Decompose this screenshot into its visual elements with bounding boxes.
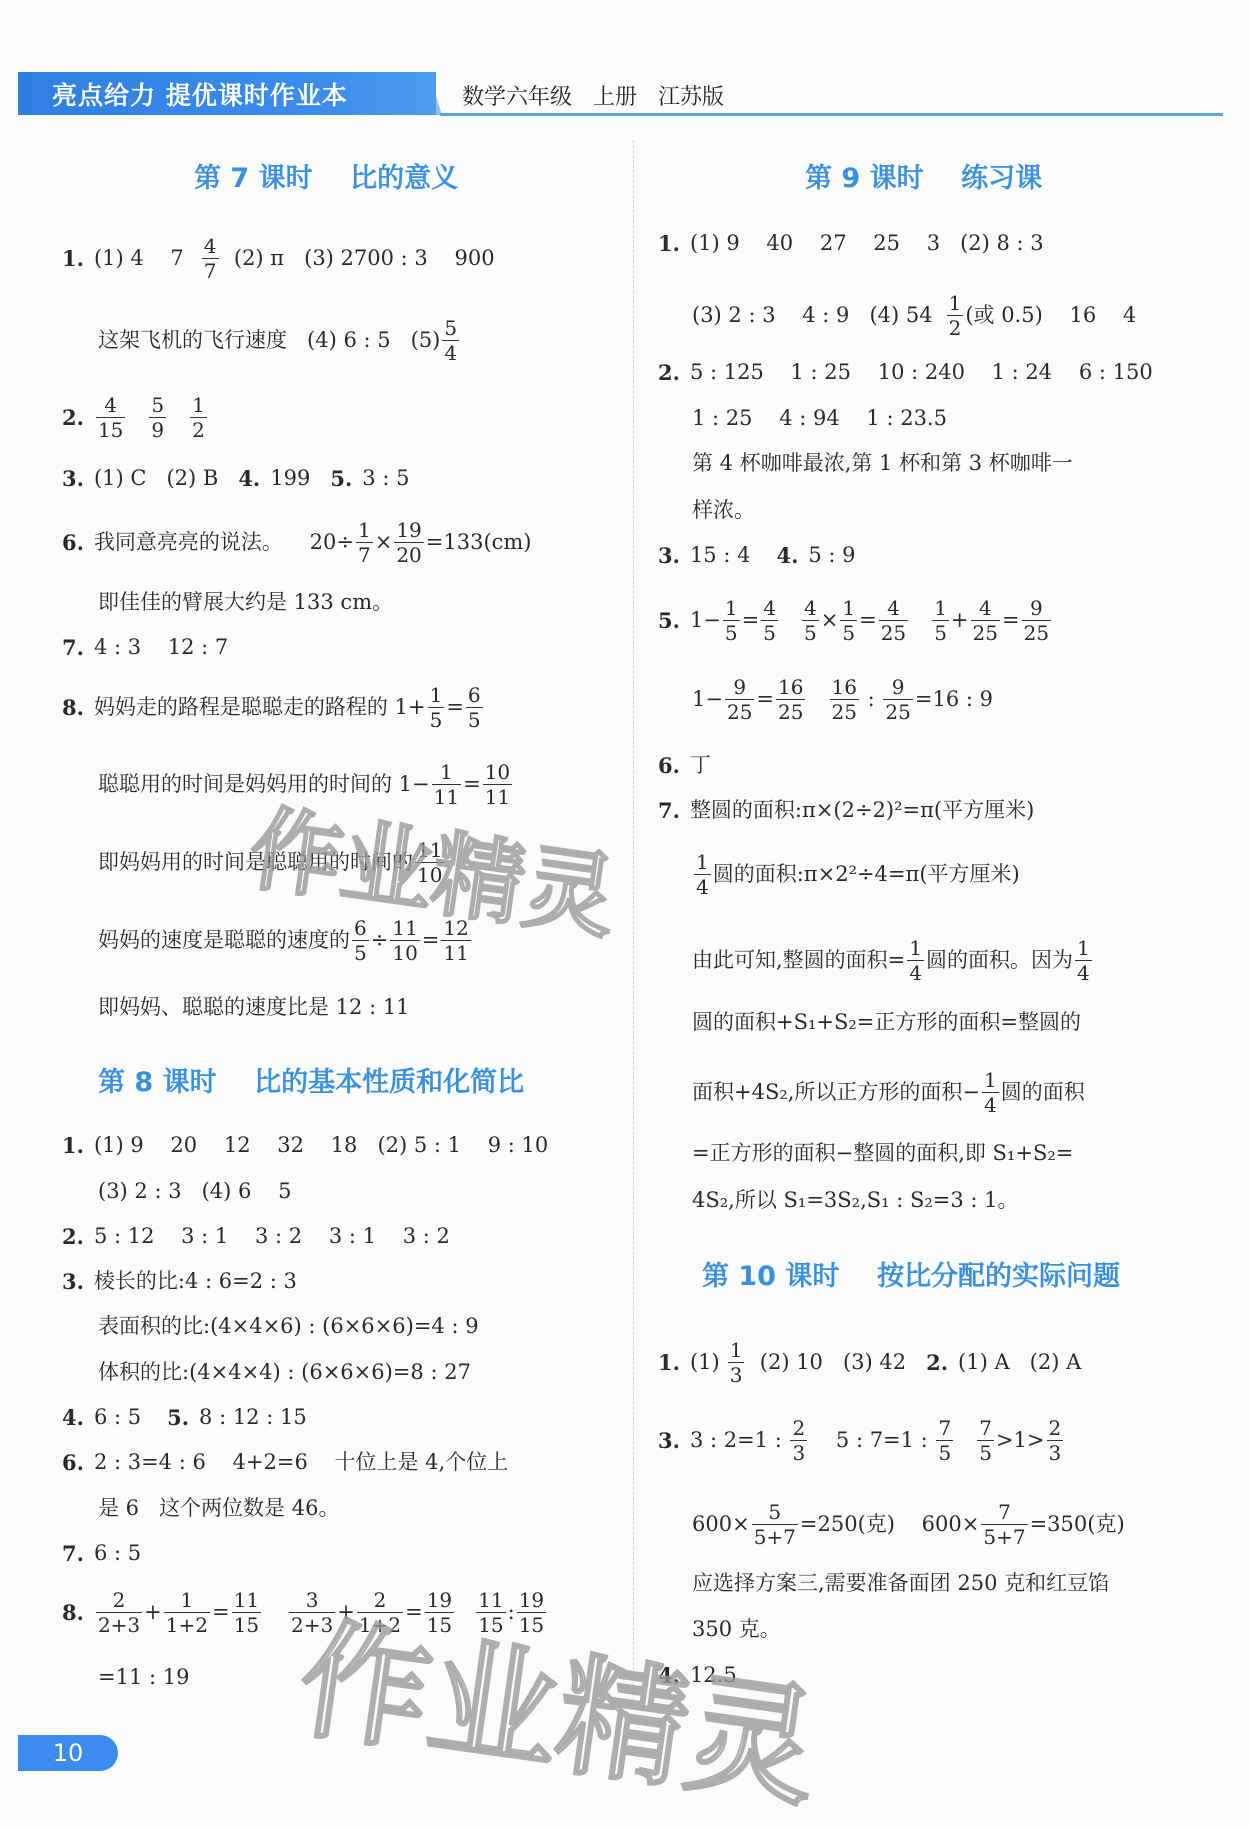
fraction: 13 [728, 1340, 745, 1385]
question-number: 8. [62, 697, 84, 718]
operator: ÷ [371, 930, 389, 951]
operator: = [859, 610, 877, 631]
answer-text: 3 : 5 [362, 468, 409, 489]
book-subtitle: 数学六年级 上册 江苏版 [462, 80, 724, 111]
answer-text: 由此可知,整圆的面积= [692, 950, 905, 971]
l9-q7-line7: 4S₂,所以 S₁=3S₂,S₁ : S₂=3 : 1。 [692, 1190, 1019, 1211]
question-number: 5. [330, 468, 352, 489]
answer-text: =350(克) [1030, 1514, 1125, 1535]
answer-text: 体积的比:(4×4×4) : (6×6×6)=8 : 27 [98, 1362, 471, 1383]
fraction: 47 [202, 236, 219, 281]
answer-text: 5 : 125 1 : 25 10 : 240 1 : 24 6 : 150 [690, 362, 1153, 383]
question-number: 7. [658, 800, 680, 821]
fraction: 925 [883, 677, 912, 722]
fraction: 15 [428, 685, 445, 730]
spacer [910, 610, 930, 631]
page-number-tab: 10 [18, 1735, 118, 1771]
answer-text: (3) 2 : 3 (4) 6 5 [98, 1181, 291, 1202]
l9-q2-line3: 第 4 杯咖啡最浓,第 1 杯和第 3 杯咖啡一 [692, 453, 1073, 474]
series-title: 亮点给力 提优课时作业本 [52, 76, 348, 112]
operator: + [951, 610, 969, 631]
answer-text: 2 : 3=4 : 6 4+2=6 十位上是 4,个位上 [94, 1452, 508, 1473]
operator: = [1002, 610, 1020, 631]
answer-text: 整圆的面积:π×(2÷2)²=π(平方厘米) [690, 800, 1034, 821]
answer-text: (1) A (2) A [958, 1352, 1081, 1373]
operator: 1− [692, 689, 723, 710]
fraction: 925 [1022, 598, 1051, 643]
operator: = [756, 689, 774, 710]
answer-text: 圆的面积+S₁+S₂=正方形的面积=整圆的 [692, 1012, 1081, 1033]
fraction: 14 [1075, 938, 1092, 983]
lesson-7-title: 第 7 课时 比的意义 [194, 156, 458, 195]
spacer [955, 1430, 975, 1451]
l9-q2-line2: 1 : 25 4 : 94 1 : 23.5 [692, 408, 947, 429]
column-divider [633, 140, 634, 1700]
answer-text: 妈妈走的路程是聪聪走的路程的 1+ [94, 697, 426, 718]
answer-text: 4 : 3 12 : 7 [94, 637, 228, 658]
l9-q1-line2: (3) 2 : 3 4 : 9 (4) 54 12 (或 0.5) 16 4 [692, 293, 1136, 338]
answer-text: 即佳佳的臂展大约是 133 cm。 [98, 592, 393, 613]
answer-text: 3 : 2=1 : [690, 1430, 789, 1451]
fraction: 925 [725, 677, 754, 722]
answer-text: 600× [692, 1514, 750, 1535]
question-number: 7. [62, 637, 84, 658]
l10-q1-q2: 1. (1) 13 (2) 10 (3) 42 2. (1) A (2) A [658, 1340, 1081, 1385]
operator: = [463, 774, 481, 795]
fraction: 65 [466, 685, 483, 730]
question-number: 5. [167, 1407, 189, 1428]
fraction: 23 [1047, 1418, 1064, 1463]
l7-q2: 2. 415 59 12 [62, 395, 209, 440]
answer-text: (2) π (3) 2700 : 3 900 [221, 248, 495, 269]
l7-q1-line1: 1. (1) 4 7 47 (2) π (3) 2700 : 3 900 [62, 236, 495, 281]
answer-text: 丁 [690, 755, 711, 776]
answer-text: 6 : 5 [94, 1543, 141, 1564]
answer-text: 8 : 12 : 15 [199, 1407, 307, 1428]
l9-q5-line1: 5. 1− 15 = 45 45 × 15 = 425 15 + 425 = 9… [658, 598, 1053, 643]
answer-text: (1) 4 7 [94, 248, 184, 269]
answer-text: =正方形的面积−整圆的面积,即 S₁+S₂= [692, 1143, 1073, 1164]
operator: 1− [690, 610, 721, 631]
answer-text: (或 0.5) 16 4 [965, 305, 1136, 326]
answer-text: 圆的面积:π×2²÷4=π(平方厘米) [713, 864, 1020, 885]
l9-q7-line4: 圆的面积+S₁+S₂=正方形的面积=整圆的 [692, 1012, 1081, 1033]
question-number: 1. [658, 1352, 680, 1373]
fraction: 45 [802, 598, 819, 643]
question-number: 3. [658, 1430, 680, 1451]
operator: × [821, 610, 839, 631]
answer-text: 圆的面积 [1001, 1082, 1085, 1103]
answer-text: (1) C (2) B [94, 468, 218, 489]
l9-q2-line1: 2. 5 : 125 1 : 25 10 : 240 1 : 24 6 : 15… [658, 362, 1153, 383]
lesson-8-title: 第 8 课时 比的基本性质和化简比 [98, 1060, 524, 1099]
question-number: 5. [658, 610, 680, 631]
question-number: 4. [62, 1407, 84, 1428]
question-number: 4. [776, 545, 798, 566]
question-number: 2. [62, 1226, 84, 1247]
fraction: 65 [352, 918, 369, 963]
l8-q2: 2. 5 : 12 3 : 1 3 : 2 3 : 1 3 : 2 [62, 1226, 450, 1247]
question-number: 1. [658, 233, 680, 254]
answer-text: 面积+4S₂,所以正方形的面积− [692, 1082, 980, 1103]
l7-q6-line1: 6. 我同意亮亮的说法。 20÷ 17 × 1920 =133(cm) [62, 520, 532, 565]
answer-text: 表面积的比:(4×4×6) : (6×6×6)=4 : 9 [98, 1316, 479, 1337]
answer-text: 这架飞机的飞行速度 (4) 6 : 5 (5) [98, 330, 440, 351]
l8-q3-line1: 3. 棱长的比:4 : 6=2 : 3 [62, 1271, 297, 1292]
l7-q3-q5: 3. (1) C (2) B 4. 199 5. 3 : 5 [62, 468, 409, 489]
operator: >1> [996, 1430, 1045, 1451]
fraction: 14 [694, 852, 711, 897]
question-number: 6. [62, 532, 84, 553]
fraction: 1920 [394, 520, 423, 565]
l8-q7: 7. 6 : 5 [62, 1543, 141, 1564]
l10-q3-line3: 应选择方案三,需要准备面团 250 克和红豆馅 [692, 1573, 1109, 1594]
question-number: 1. [62, 1135, 84, 1156]
l8-q8-line2: =11 : 19 [98, 1667, 189, 1688]
spacer [807, 689, 827, 710]
l7-q1-line2: 这架飞机的飞行速度 (4) 6 : 5 (5) 54 [98, 318, 461, 363]
fraction: 14 [982, 1070, 999, 1115]
l10-q3-line2: 600× 55+7 =250(克) 600× 75+7 =350(克) [692, 1502, 1125, 1547]
answer-text: 圆的面积。因为 [926, 950, 1073, 971]
fraction: 425 [879, 598, 908, 643]
l9-q3-q4: 3. 15 : 4 4. 5 : 9 [658, 545, 856, 566]
lesson-9-title: 第 9 课时 练习课 [805, 156, 1042, 195]
l9-q6: 6. 丁 [658, 755, 711, 776]
fraction: 54 [442, 318, 459, 363]
l7-q7: 7. 4 : 3 12 : 7 [62, 637, 228, 658]
question-number: 2. [926, 1352, 948, 1373]
question-number: 1. [62, 248, 84, 269]
answer-text: 5 : 7=1 : [809, 1430, 934, 1451]
fraction: 55+7 [752, 1502, 798, 1547]
l8-q6-line1: 6. 2 : 3=4 : 6 4+2=6 十位上是 4,个位上 [62, 1452, 508, 1473]
l8-q3-line2: 表面积的比:(4×4×6) : (6×6×6)=4 : 9 [98, 1316, 479, 1337]
fraction: 23 [790, 1418, 807, 1463]
question-number: 4. [238, 468, 260, 489]
l7-q8-line1: 8. 妈妈走的路程是聪聪走的路程的 1+ 15 = 65 [62, 685, 485, 730]
question-number: 2. [62, 407, 84, 428]
answer-text: (1) 9 40 27 25 3 (2) 8 : 3 [690, 233, 1044, 254]
l8-q4-q5: 4. 6 : 5 5. 8 : 12 : 15 [62, 1407, 307, 1428]
l9-q7-line6: =正方形的面积−整圆的面积,即 S₁+S₂= [692, 1143, 1073, 1164]
fraction: 415 [96, 395, 125, 440]
question-number: 6. [658, 755, 680, 776]
l9-q5-line2: 1− 925 = 1625 1625 : 925 =16 : 9 [692, 677, 993, 722]
l9-q7-line1: 7. 整圆的面积:π×(2÷2)²=π(平方厘米) [658, 800, 1034, 821]
question-number: 2. [658, 362, 680, 383]
operator: = [742, 610, 760, 631]
l9-q1-line1: 1. (1) 9 40 27 25 3 (2) 8 : 3 [658, 233, 1044, 254]
l8-q1-line1: 1. (1) 9 20 12 32 18 (2) 5 : 1 9 : 10 [62, 1135, 548, 1156]
answer-text: 即妈妈、聪聪的速度比是 12 : 11 [98, 997, 410, 1018]
fraction: 75 [936, 1418, 953, 1463]
fraction: 15 [723, 598, 740, 643]
fraction: 59 [149, 395, 166, 440]
l9-q7-line3: 由此可知,整圆的面积= 14 圆的面积。因为 14 [692, 938, 1094, 983]
fraction: 45 [761, 598, 778, 643]
question-number: 3. [62, 468, 84, 489]
answer-text: =16 : 9 [915, 689, 993, 710]
answer-text: 我同意亮亮的说法。 20÷ [94, 532, 354, 553]
answer-text: 5 : 9 [808, 545, 855, 566]
l8-q6-line2: 是 6 这个两位数是 46。 [98, 1498, 339, 1519]
fraction: 1625 [776, 677, 805, 722]
l8-q1-line2: (3) 2 : 3 (4) 6 5 [98, 1181, 291, 1202]
operator: : [861, 689, 881, 710]
fraction: 1011 [483, 762, 512, 807]
question-number: 6. [62, 1452, 84, 1473]
answer-text: 5 : 12 3 : 1 3 : 2 3 : 1 3 : 2 [94, 1226, 450, 1247]
answer-text: 应选择方案三,需要准备面团 250 克和红豆馅 [692, 1573, 1109, 1594]
answer-text: 是 6 这个两位数是 46。 [98, 1498, 339, 1519]
fraction: 15 [932, 598, 949, 643]
question-number: 3. [658, 545, 680, 566]
answer-text: 15 : 4 [690, 545, 751, 566]
l9-q7-line5: 面积+4S₂,所以正方形的面积− 14 圆的面积 [692, 1070, 1085, 1115]
watermark: 作业精灵 [290, 1575, 831, 1827]
operator: × [375, 532, 393, 553]
lesson-10-title: 第 10 课时 按比分配的实际问题 [702, 1254, 1120, 1293]
question-number: 3. [62, 1271, 84, 1292]
fraction: 14 [907, 938, 924, 983]
answer-text: 4S₂,所以 S₁=3S₂,S₁ : S₂=3 : 1。 [692, 1190, 1019, 1211]
fraction: 17 [356, 520, 373, 565]
answer-text: 1 : 25 4 : 94 1 : 23.5 [692, 408, 947, 429]
fraction: 12 [947, 293, 964, 338]
answer-text: (3) 2 : 3 4 : 9 (4) 54 [692, 305, 933, 326]
l9-q7-line2: 14 圆的面积:π×2²÷4=π(平方厘米) [692, 852, 1020, 897]
l10-q3-line1: 3. 3 : 2=1 : 23 5 : 7=1 : 75 75 >1> 23 [658, 1418, 1065, 1463]
operator: + [144, 1602, 162, 1623]
l7-q8-line5: 即妈妈、聪聪的速度比是 12 : 11 [98, 997, 410, 1018]
answer-text: 棱长的比:4 : 6=2 : 3 [94, 1271, 297, 1292]
answer-text: (1) 9 20 12 32 18 (2) 5 : 1 9 : 10 [94, 1135, 548, 1156]
l8-q3-line3: 体积的比:(4×4×4) : (6×6×6)=8 : 27 [98, 1362, 471, 1383]
answer-text: =11 : 19 [98, 1667, 189, 1688]
fraction: 11+2 [164, 1590, 210, 1635]
question-number: 8. [62, 1602, 84, 1623]
answer-text: =250(克) 600× [800, 1514, 979, 1535]
question-number: 7. [62, 1543, 84, 1564]
answer-text: (1) [690, 1352, 720, 1373]
answer-text: 199 [270, 468, 310, 489]
operator: = [212, 1602, 230, 1623]
operator: = [446, 697, 464, 718]
spacer [780, 610, 800, 631]
l9-q2-line4: 样浓。 [692, 500, 755, 521]
fraction: 1625 [830, 677, 859, 722]
answer-text: 6 : 5 [94, 1407, 141, 1428]
answer-text: 妈妈的速度是聪聪的速度的 [98, 930, 350, 951]
fraction: 75+7 [981, 1502, 1027, 1547]
fraction: 15 [840, 598, 857, 643]
fraction: 75 [977, 1418, 994, 1463]
header-rule [440, 113, 1223, 116]
fraction: 425 [971, 598, 1000, 643]
fraction: 22+3 [96, 1590, 142, 1635]
answer-text: (2) 10 (3) 42 [746, 1352, 906, 1373]
answer-text: =133(cm) [426, 532, 532, 553]
answer-text: 样浓。 [692, 500, 755, 521]
l7-q6-line2: 即佳佳的臂展大约是 133 cm。 [98, 592, 393, 613]
fraction: 12 [190, 395, 207, 440]
fraction: 1115 [232, 1590, 261, 1635]
answer-text: 第 4 杯咖啡最浓,第 1 杯和第 3 杯咖啡一 [692, 453, 1073, 474]
